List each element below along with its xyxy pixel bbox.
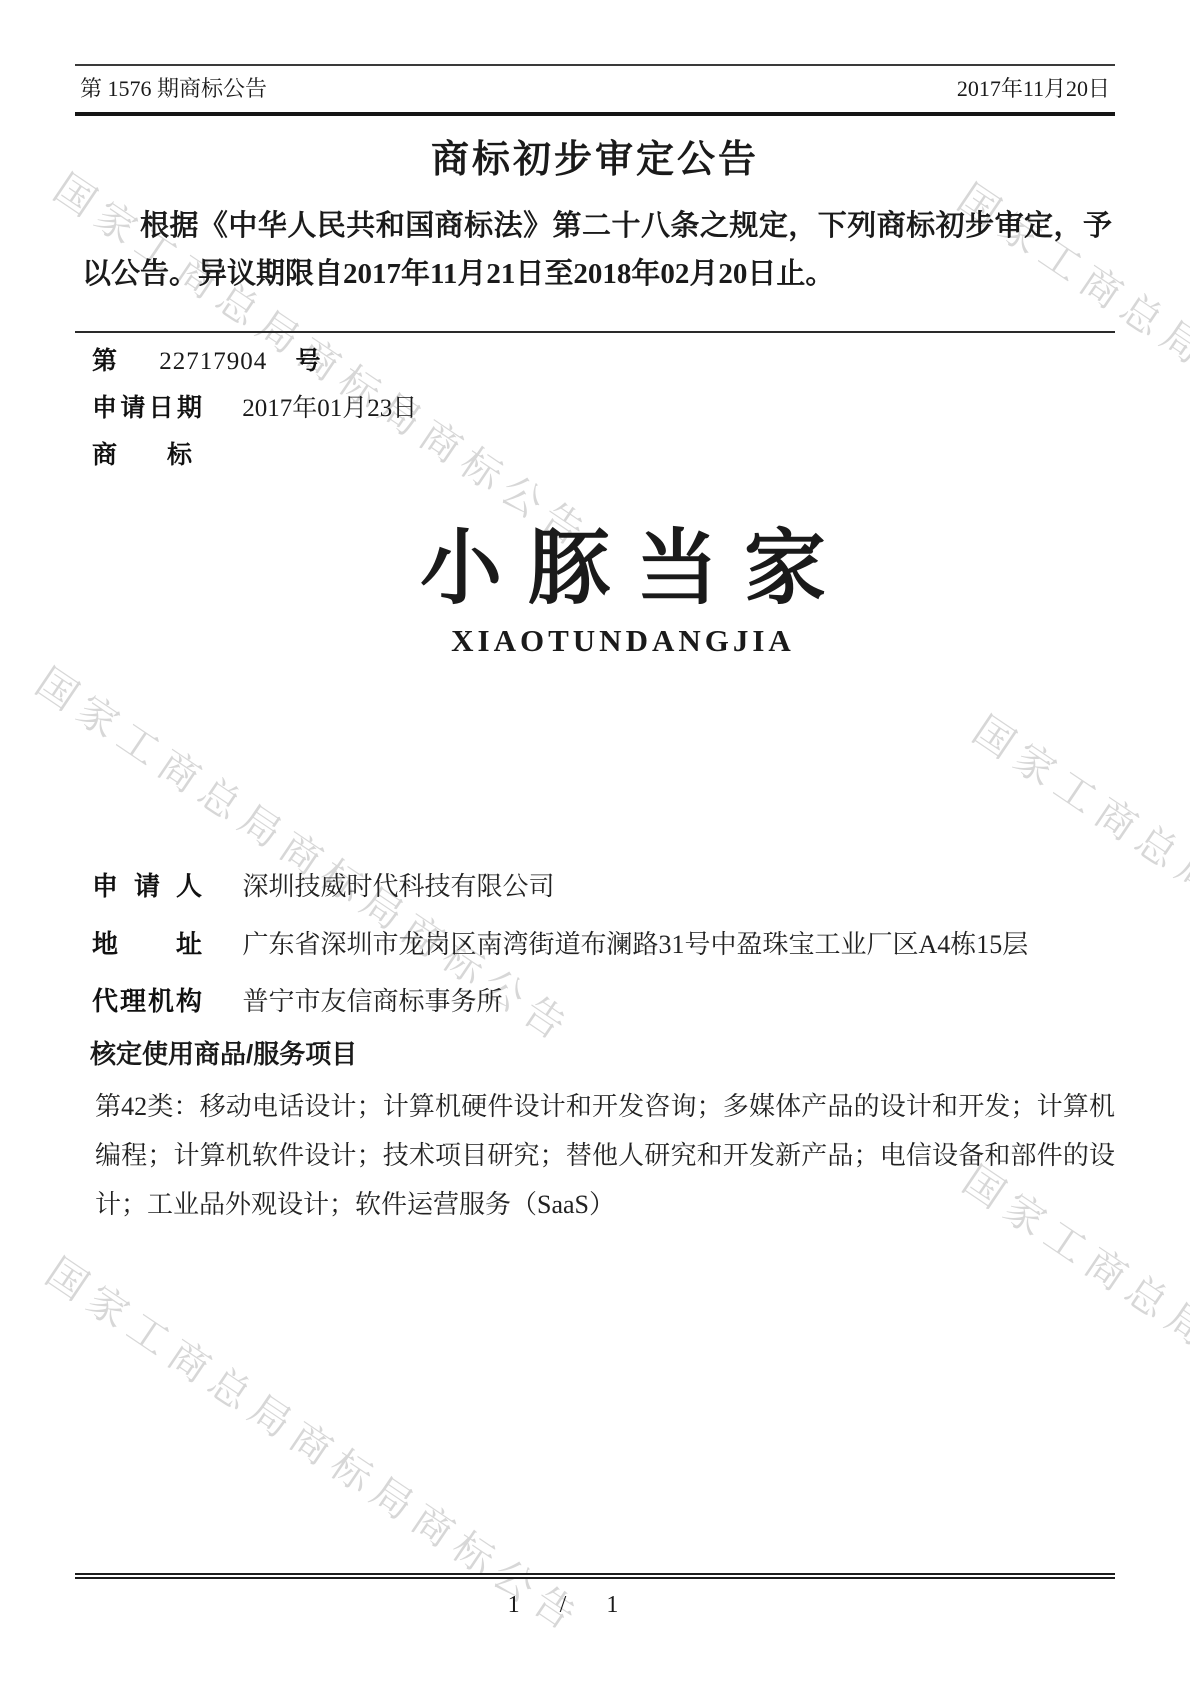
registration-number-row: 第 22717904 号	[82, 338, 1112, 385]
application-date-value: 2017年01月23日	[242, 385, 417, 432]
agent-row: 代理机构 普宁市友信商标事务所	[82, 981, 1112, 1018]
current-page: 1	[508, 1592, 520, 1619]
gazette-page: 国家工商总局商标局商标公告 国家工商总局商标局商标公告 国家工商总局商标局商标公…	[0, 0, 1190, 1684]
address-row: 地址 广东省深圳市龙岗区南湾街道布澜路31号中盈珠宝工业厂区A4栋15层	[82, 924, 1112, 961]
trademark-image: 小豚当家 XIAOTUNDANGJIA	[103, 518, 1143, 659]
applicant-value: 深圳技威时代科技有限公司	[243, 866, 555, 903]
total-pages: 1	[606, 1592, 618, 1619]
registration-fields: 第 22717904 号 申请日期 2017年01月23日 商标	[82, 338, 1112, 479]
intro-paragraph: 根据《中华人民共和国商标法》第二十八条之规定，下列商标初步审定，予以公告。异议期…	[82, 202, 1112, 298]
application-date-label: 申请日期	[92, 385, 202, 432]
section-rule	[75, 331, 1115, 333]
header-rule	[75, 112, 1115, 116]
trademark-latin-text: XIAOTUNDANGJIA	[103, 623, 1143, 659]
page-separator: /	[560, 1592, 567, 1619]
number-prefix-label: 第	[92, 338, 117, 385]
registration-number: 22717904	[159, 338, 267, 385]
trademark-label: 商标	[92, 432, 192, 479]
agent-value: 普宁市友信商标事务所	[243, 981, 503, 1018]
applicant-label: 申请人	[92, 866, 202, 903]
watermark-text: 国家工商总局商标局商标公告	[36, 1242, 596, 1645]
address-label: 地址	[92, 924, 202, 961]
number-suffix-label: 号	[296, 338, 321, 385]
trademark-chinese-text: 小豚当家	[103, 518, 1143, 621]
applicant-row: 申请人 深圳技威时代科技有限公司	[82, 866, 1112, 903]
page-header: 第 1576 期商标公告 2017年11月20日	[80, 72, 1110, 103]
address-value: 广东省深圳市龙岗区南湾街道布澜路31号中盈珠宝工业厂区A4栋15层	[243, 924, 1029, 961]
footer-rule	[75, 1573, 1115, 1579]
page-title: 商标初步审定公告	[75, 128, 1115, 183]
agent-label: 代理机构	[92, 981, 202, 1018]
top-rule	[75, 64, 1115, 66]
goods-list: 第42类：移动电话设计；计算机硬件设计和开发咨询；多媒体产品的设计和开发；计算机…	[95, 1082, 1115, 1229]
page-number: 1/1	[43, 1592, 1083, 1619]
trademark-label-row: 商标	[82, 432, 1112, 479]
gazette-date: 2017年11月20日	[957, 72, 1110, 103]
gazette-issue-label: 第 1576 期商标公告	[80, 72, 267, 103]
application-date-row: 申请日期 2017年01月23日	[82, 385, 1112, 432]
goods-heading: 核定使用商品/服务项目	[90, 1034, 1090, 1071]
